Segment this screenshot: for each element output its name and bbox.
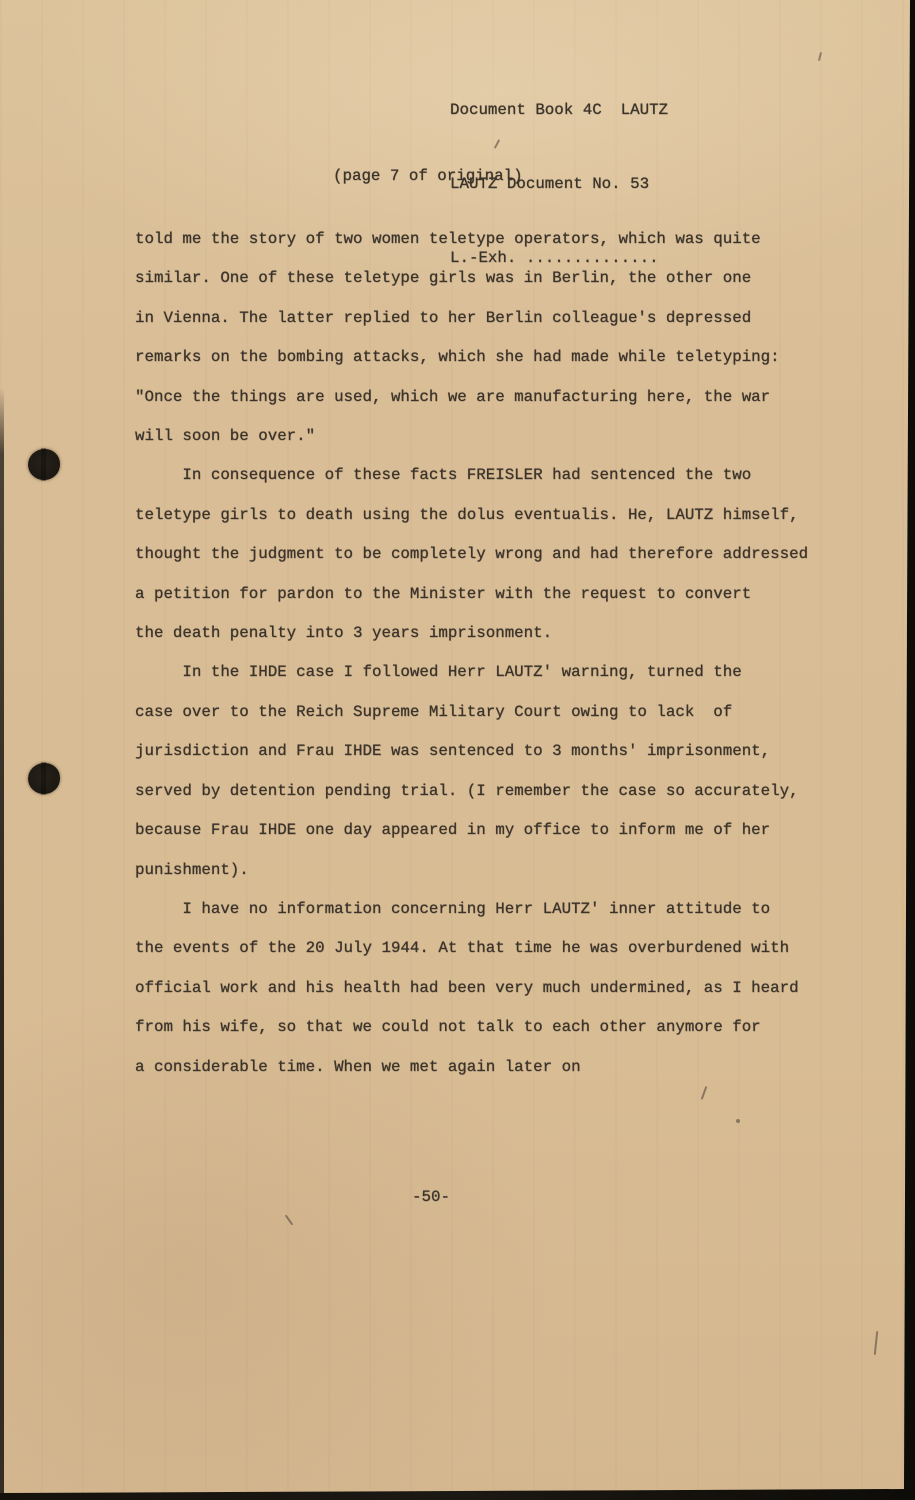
scan-artifact-mark [285,1215,294,1226]
scan-artifact-slash [701,1086,708,1100]
typed-line: the death penalty into 3 years imprisonm… [135,614,808,653]
paper-sheet: Document Book 4C LAUTZ LAUTZ Document No… [0,0,915,1500]
scan-artifact-dot [736,1119,740,1123]
body-text: told me the story of two women teletype … [135,220,808,1087]
hole-punch-bottom [28,763,60,794]
header-line-book: Document Book 4C LAUTZ [450,98,668,123]
typed-line: because Frau IHDE one day appeared in my… [135,811,808,850]
typed-line: punishment). [135,851,808,890]
typed-line: thought the judgment to be completely wr… [135,535,808,574]
typed-line: similar. One of these teletype girls was… [135,259,808,298]
typed-line: "Once the things are used, which we are … [135,378,808,417]
typed-line: jurisdiction and Frau IHDE was sentenced… [135,732,808,771]
typed-line: In the IHDE case I followed Herr LAUTZ' … [135,653,808,692]
typed-line: the events of the 20 July 1944. At that … [135,929,808,968]
left-page-edge-shadow [0,388,4,1493]
typed-line: teletype girls to death using the dolus … [135,496,808,535]
typed-line: remarks on the bombing attacks, which sh… [135,338,808,377]
typed-line: from his wife, so that we could not talk… [135,1008,808,1047]
typed-line: in Vienna. The latter replied to her Ber… [135,299,808,338]
typed-line: I have no information concerning Herr LA… [135,890,808,929]
typed-line: told me the story of two women teletype … [135,220,808,259]
typed-line: a considerable time. When we met again l… [135,1048,808,1087]
typed-line: In consequence of these facts FREISLER h… [135,456,808,495]
scan-artifact-tick [818,52,822,61]
scan-artifact-pencil-line [874,1331,878,1355]
typed-line: case over to the Reich Supreme Military … [135,693,808,732]
typed-line: official work and his health had been ve… [135,969,808,1008]
hole-punch-top [28,449,60,480]
typed-line: a petition for pardon to the Minister wi… [135,575,808,614]
page-number: -50- [412,1188,450,1206]
page-reference: (page 7 of original) [333,167,523,185]
scan-background: Document Book 4C LAUTZ LAUTZ Document No… [0,0,915,1500]
typed-line: will soon be over." [135,417,808,456]
typed-line: served by detention pending trial. (I re… [135,772,808,811]
